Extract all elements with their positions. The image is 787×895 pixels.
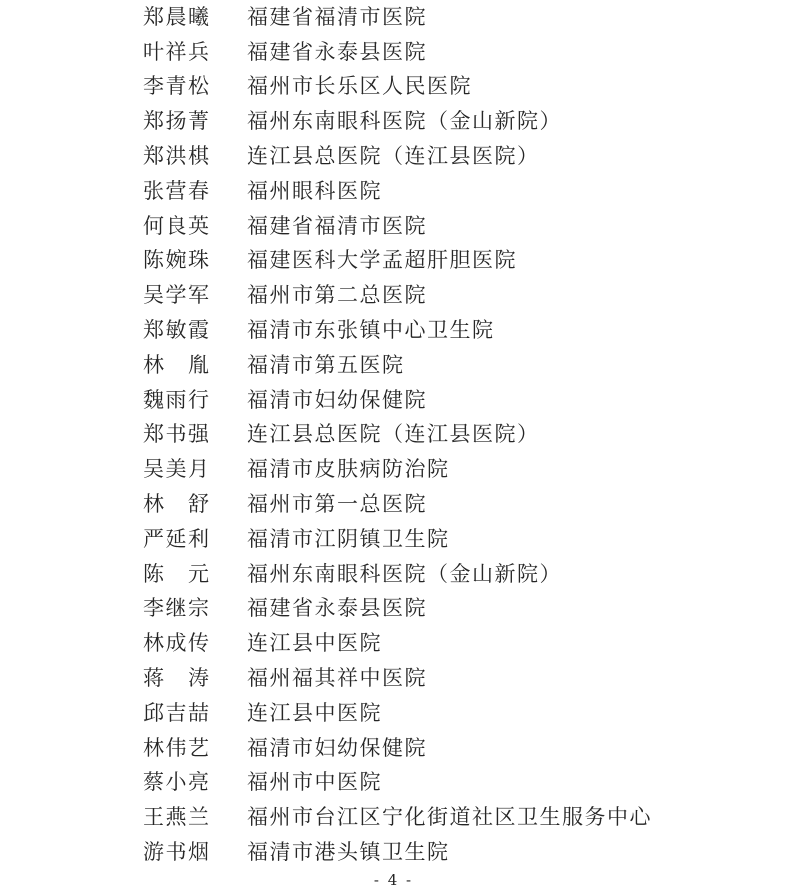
- list-item: 李继宗 福建省永泰县医院: [143, 592, 787, 627]
- hospital-name: 福清市江阴镇卫生院: [247, 529, 787, 550]
- list-item: 张营春 福州眼科医院: [143, 174, 787, 209]
- person-name: 魏雨行: [143, 390, 247, 411]
- hospital-name: 福清市皮肤病防治院: [247, 459, 787, 480]
- hospital-name: 连江县中医院: [247, 703, 787, 724]
- list-item: 王燕兰 福州市台江区宁化街道社区卫生服务中心: [143, 800, 787, 835]
- list-item: 蒋 涛 福州福其祥中医院: [143, 661, 787, 696]
- list-item: 郑洪棋 连江县总医院（连江县医院）: [143, 139, 787, 174]
- hospital-name: 福清市妇幼保健院: [247, 390, 787, 411]
- hospital-name: 福建省永泰县医院: [247, 598, 787, 619]
- person-name: 郑扬菁: [143, 111, 247, 132]
- list-item: 吴美月 福清市皮肤病防治院: [143, 452, 787, 487]
- person-name: 林 胤: [143, 355, 247, 376]
- person-name: 张营春: [143, 181, 247, 202]
- hospital-name: 连江县总医院（连江县医院）: [247, 424, 787, 445]
- hospital-name: 福州市第一总医院: [247, 494, 787, 515]
- list-item: 郑晨曦 福建省福清市医院: [143, 0, 787, 35]
- list-item: 游书烟 福清市港头镇卫生院: [143, 835, 787, 870]
- hospital-name: 连江县中医院: [247, 633, 787, 654]
- list-item: 邱吉喆 连江县中医院: [143, 696, 787, 731]
- hospital-name: 福建医科大学孟超肝胆医院: [247, 250, 787, 271]
- hospital-name: 连江县总医院（连江县医院）: [247, 146, 787, 167]
- person-name: 林成传: [143, 633, 247, 654]
- person-name: 蒋 涛: [143, 668, 247, 689]
- document-page: 郑晨曦 福建省福清市医院 叶祥兵 福建省永泰县医院 李青松 福州市长乐区人民医院…: [0, 0, 787, 895]
- list-item: 蔡小亮 福州市中医院: [143, 766, 787, 801]
- page-number: - 4 -: [0, 871, 787, 889]
- list-item: 郑书强 连江县总医院（连江县医院）: [143, 418, 787, 453]
- list-item: 叶祥兵 福建省永泰县医院: [143, 35, 787, 70]
- person-name: 游书烟: [143, 842, 247, 863]
- hospital-name: 福建省福清市医院: [247, 216, 787, 237]
- person-name: 吴学军: [143, 285, 247, 306]
- hospital-name: 福州眼科医院: [247, 181, 787, 202]
- list-item: 李青松 福州市长乐区人民医院: [143, 70, 787, 105]
- person-name: 林 舒: [143, 494, 247, 515]
- hospital-name: 福州福其祥中医院: [247, 668, 787, 689]
- person-name: 蔡小亮: [143, 772, 247, 793]
- hospital-name: 福清市港头镇卫生院: [247, 842, 787, 863]
- list-item: 吴学军 福州市第二总医院: [143, 278, 787, 313]
- list-item: 林 舒 福州市第一总医院: [143, 487, 787, 522]
- person-name: 严延利: [143, 529, 247, 550]
- person-name: 郑敏霞: [143, 320, 247, 341]
- hospital-name: 福清市东张镇中心卫生院: [247, 320, 787, 341]
- person-name: 陈婉珠: [143, 250, 247, 271]
- hospital-name: 福州市第二总医院: [247, 285, 787, 306]
- person-name: 郑洪棋: [143, 146, 247, 167]
- person-name: 邱吉喆: [143, 703, 247, 724]
- person-name: 叶祥兵: [143, 42, 247, 63]
- hospital-name: 福建省福清市医院: [247, 7, 787, 28]
- list-item: 郑扬菁 福州东南眼科医院（金山新院）: [143, 104, 787, 139]
- person-name: 郑晨曦: [143, 7, 247, 28]
- list-item: 林成传 连江县中医院: [143, 626, 787, 661]
- list-item: 魏雨行 福清市妇幼保健院: [143, 383, 787, 418]
- person-name: 林伟艺: [143, 738, 247, 759]
- list-item: 陈婉珠 福建医科大学孟超肝胆医院: [143, 244, 787, 279]
- person-name: 郑书强: [143, 424, 247, 445]
- hospital-name: 福州市台江区宁化街道社区卫生服务中心: [247, 807, 787, 828]
- list-item: 何良英 福建省福清市医院: [143, 209, 787, 244]
- hospital-name: 福州东南眼科医院（金山新院）: [247, 564, 787, 585]
- person-name: 陈 元: [143, 564, 247, 585]
- person-name: 李青松: [143, 76, 247, 97]
- hospital-name: 福州市长乐区人民医院: [247, 76, 787, 97]
- personnel-hospital-list: 郑晨曦 福建省福清市医院 叶祥兵 福建省永泰县医院 李青松 福州市长乐区人民医院…: [143, 0, 787, 870]
- list-item: 林伟艺 福清市妇幼保健院: [143, 731, 787, 766]
- hospital-name: 福州市中医院: [247, 772, 787, 793]
- hospital-name: 福州东南眼科医院（金山新院）: [247, 111, 787, 132]
- hospital-name: 福建省永泰县医院: [247, 42, 787, 63]
- list-item: 林 胤 福清市第五医院: [143, 348, 787, 383]
- person-name: 吴美月: [143, 459, 247, 480]
- person-name: 李继宗: [143, 598, 247, 619]
- person-name: 何良英: [143, 216, 247, 237]
- list-item: 严延利 福清市江阴镇卫生院: [143, 522, 787, 557]
- person-name: 王燕兰: [143, 807, 247, 828]
- hospital-name: 福清市妇幼保健院: [247, 738, 787, 759]
- hospital-name: 福清市第五医院: [247, 355, 787, 376]
- list-item: 陈 元 福州东南眼科医院（金山新院）: [143, 557, 787, 592]
- list-item: 郑敏霞 福清市东张镇中心卫生院: [143, 313, 787, 348]
